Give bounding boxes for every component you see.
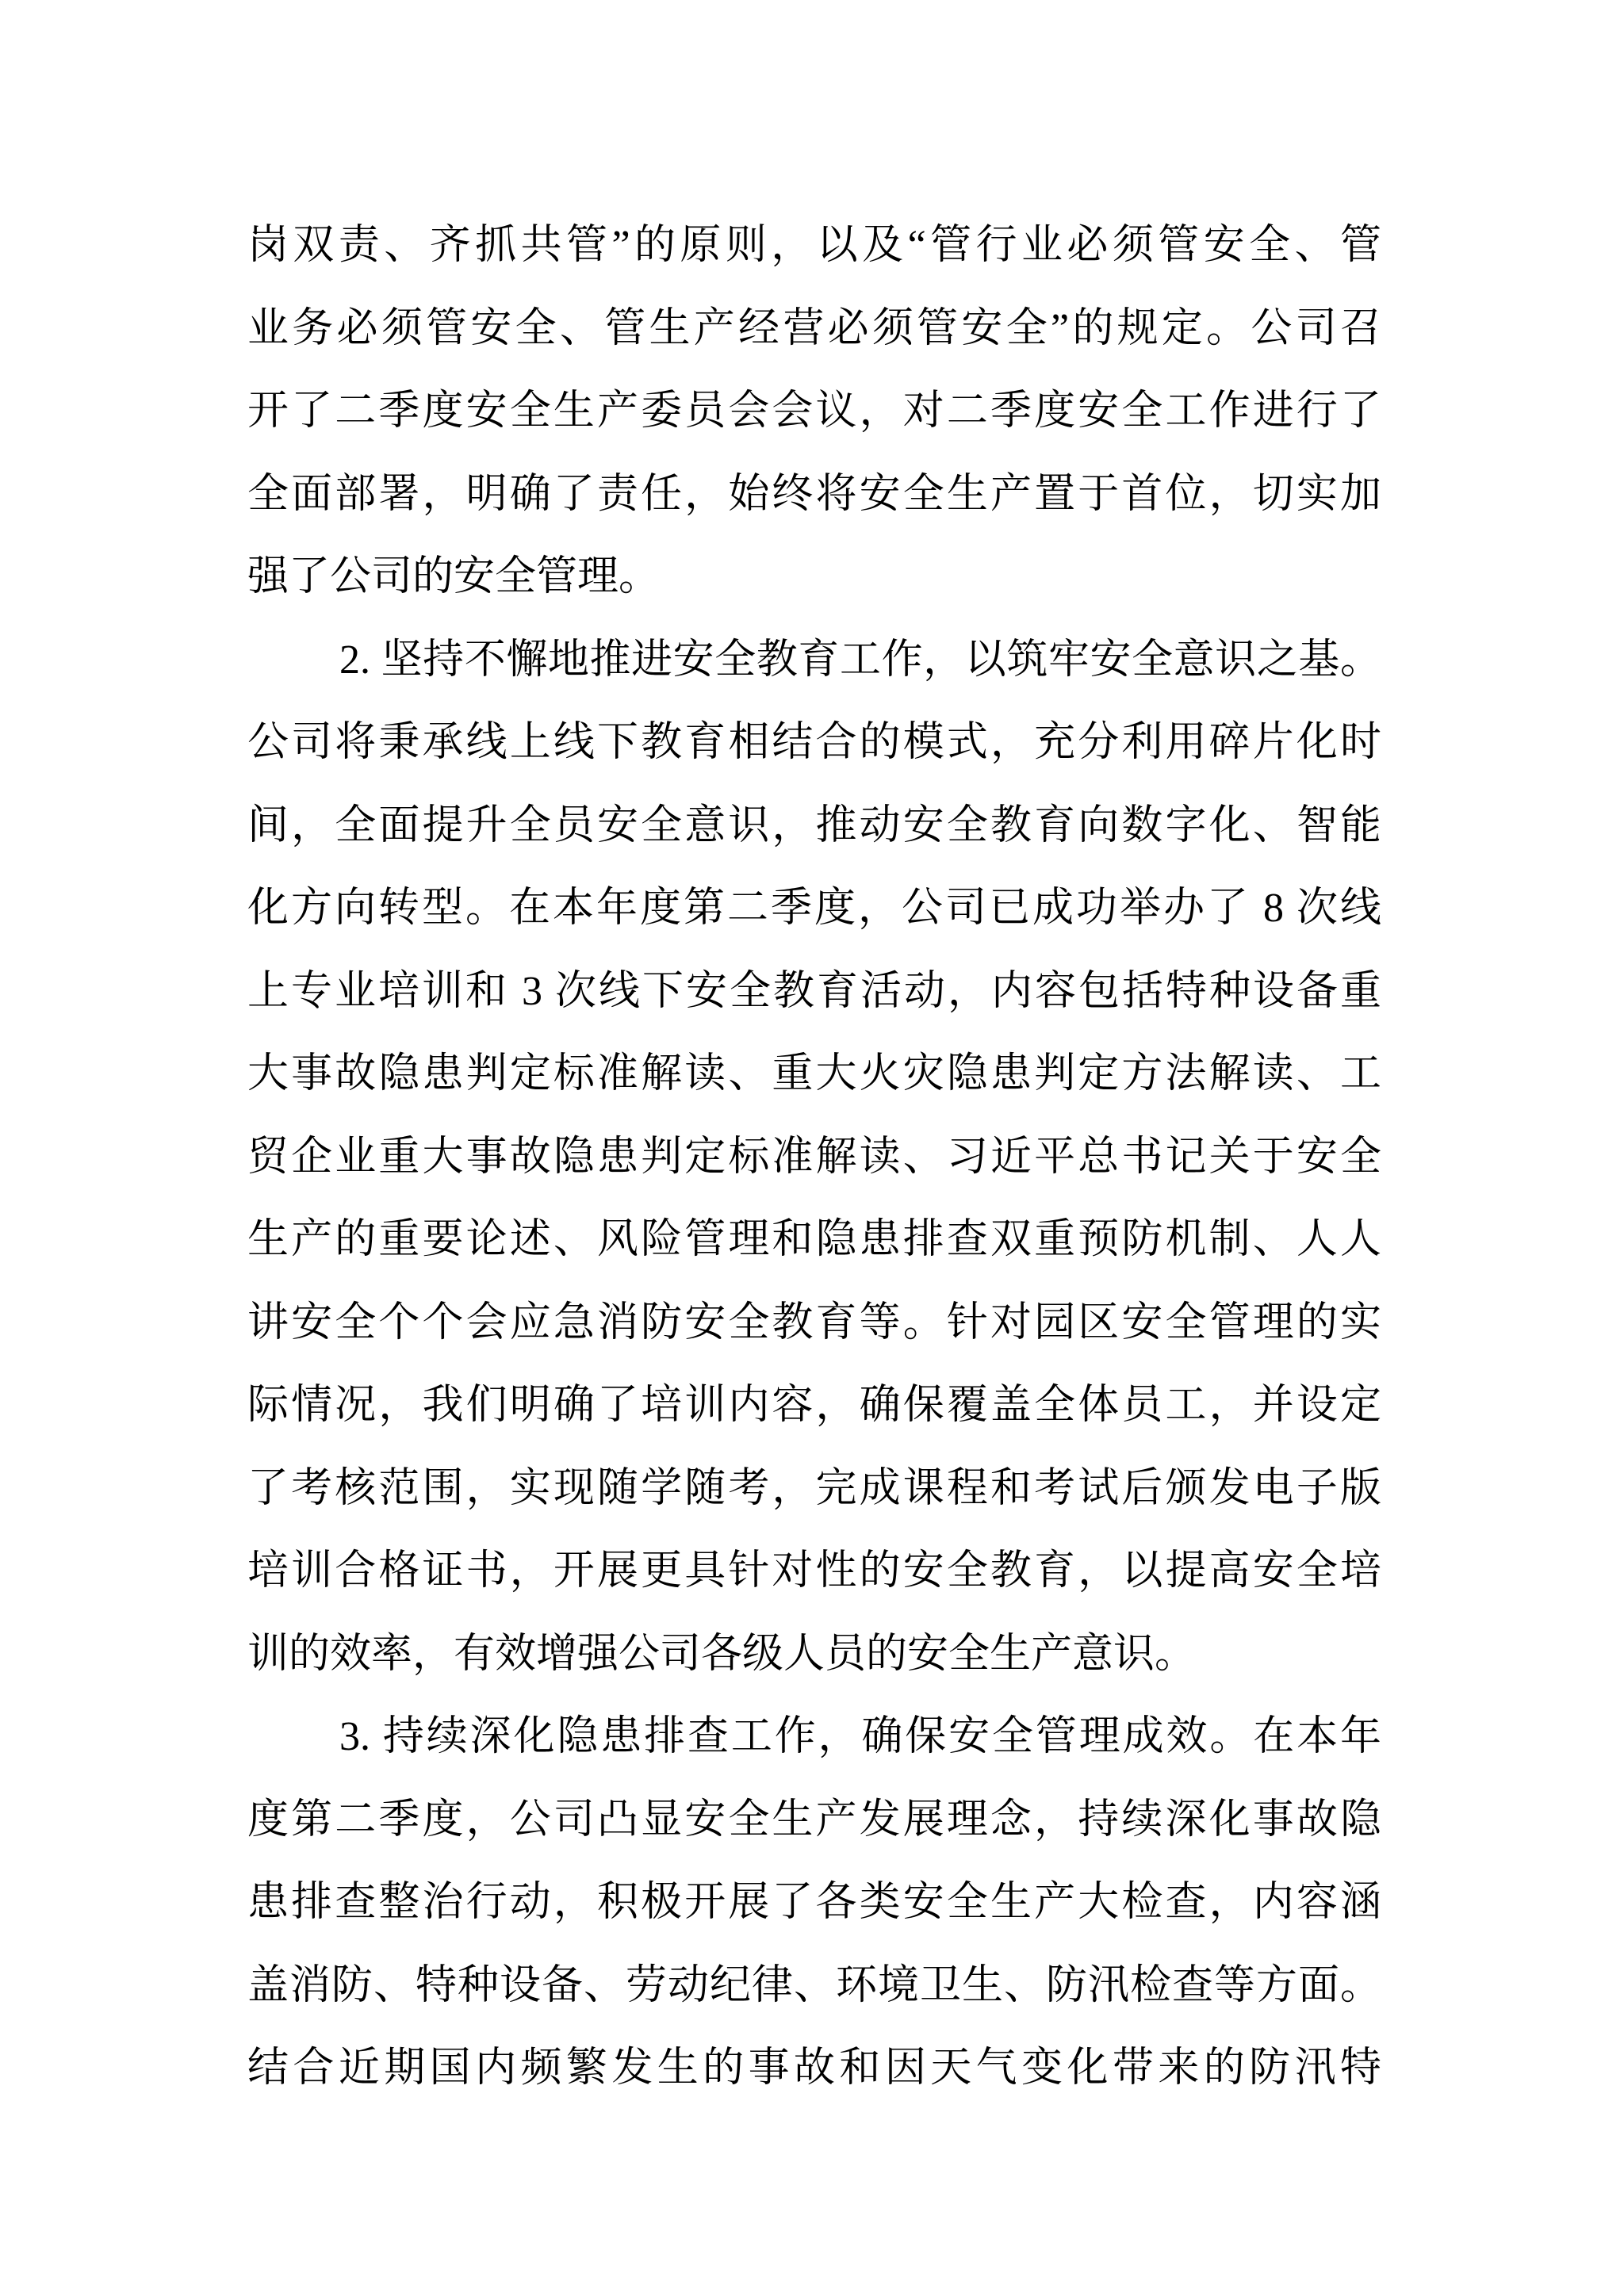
text-line: 全面部署，明确了责任，始终将安全生产置于首位，切实加 <box>247 453 1381 537</box>
paragraph-3-hazard-inspection: 3. 持续深化隐患排查工作，确保安全管理成效。在本年度第二季度，公司凸显安全生产… <box>247 1696 1381 2110</box>
text-line: 岗双责、齐抓共管”的原则，以及“管行业必须管安全、管 <box>247 205 1381 288</box>
text-line: 公司将秉承线上线下教育相结合的模式，充分利用碎片化时 <box>247 702 1381 785</box>
text-line: 贸企业重大事故隐患判定标准解读、习近平总书记关于安全 <box>247 1116 1381 1200</box>
text-line: 大事故隐患判定标准解读、重大火灾隐患判定方法解读、工 <box>247 1033 1381 1116</box>
paragraph-1-continuation: 岗双责、齐抓共管”的原则，以及“管行业必须管安全、管业务必须管安全、管生产经营必… <box>247 205 1381 619</box>
text-line: 了考核范围，实现随学随考，完成课程和考试后颁发电子版 <box>247 1448 1381 1531</box>
text-line: 盖消防、特种设备、劳动纪律、环境卫生、防汛检查等方面。 <box>247 1945 1381 2028</box>
paragraph-2-safety-education: 2. 坚持不懈地推进安全教育工作，以筑牢安全意识之基。公司将秉承线上线下教育相结… <box>247 619 1381 1697</box>
text-line: 训的效率，有效增强公司各级人员的安全生产意识。 <box>247 1613 1381 1697</box>
text-line: 培训合格证书，开展更具针对性的安全教育，以提高安全培 <box>247 1530 1381 1613</box>
text-line: 度第二季度，公司凸显安全生产发展理念，持续深化事故隐 <box>247 1779 1381 1862</box>
text-line: 结合近期国内频繁发生的事故和因天气变化带来的防汛特 <box>247 2027 1381 2110</box>
text-line: 讲安全个个会应急消防安全教育等。针对园区安全管理的实 <box>247 1282 1381 1365</box>
text-line: 2. 坚持不懈地推进安全教育工作，以筑牢安全意识之基。 <box>247 619 1381 702</box>
text-line: 业务必须管安全、管生产经营必须管安全”的规定。公司召 <box>247 288 1381 371</box>
text-line: 际情况，我们明确了培训内容，确保覆盖全体员工，并设定 <box>247 1364 1381 1448</box>
text-line: 上专业培训和 3 次线下安全教育活动，内容包括特种设备重 <box>247 951 1381 1034</box>
text-line: 患排查整治行动，积极开展了各类安全生产大检查，内容涵 <box>247 1862 1381 1945</box>
document-body: 岗双责、齐抓共管”的原则，以及“管行业必须管安全、管业务必须管安全、管生产经营必… <box>0 0 1624 2296</box>
text-line: 化方向转型。在本年度第二季度，公司已成功举办了 8 次线 <box>247 867 1381 951</box>
text-line: 强了公司的安全管理。 <box>247 536 1381 619</box>
text-line: 间，全面提升全员安全意识，推动安全教育向数字化、智能 <box>247 785 1381 868</box>
text-line: 生产的重要论述、风险管理和隐患排查双重预防机制、人人 <box>247 1199 1381 1282</box>
text-line: 开了二季度安全生产委员会会议，对二季度安全工作进行了 <box>247 370 1381 453</box>
document-page: 岗双责、齐抓共管”的原则，以及“管行业必须管安全、管业务必须管安全、管生产经营必… <box>0 0 1624 2296</box>
text-line: 3. 持续深化隐患排查工作，确保安全管理成效。在本年 <box>247 1696 1381 1779</box>
